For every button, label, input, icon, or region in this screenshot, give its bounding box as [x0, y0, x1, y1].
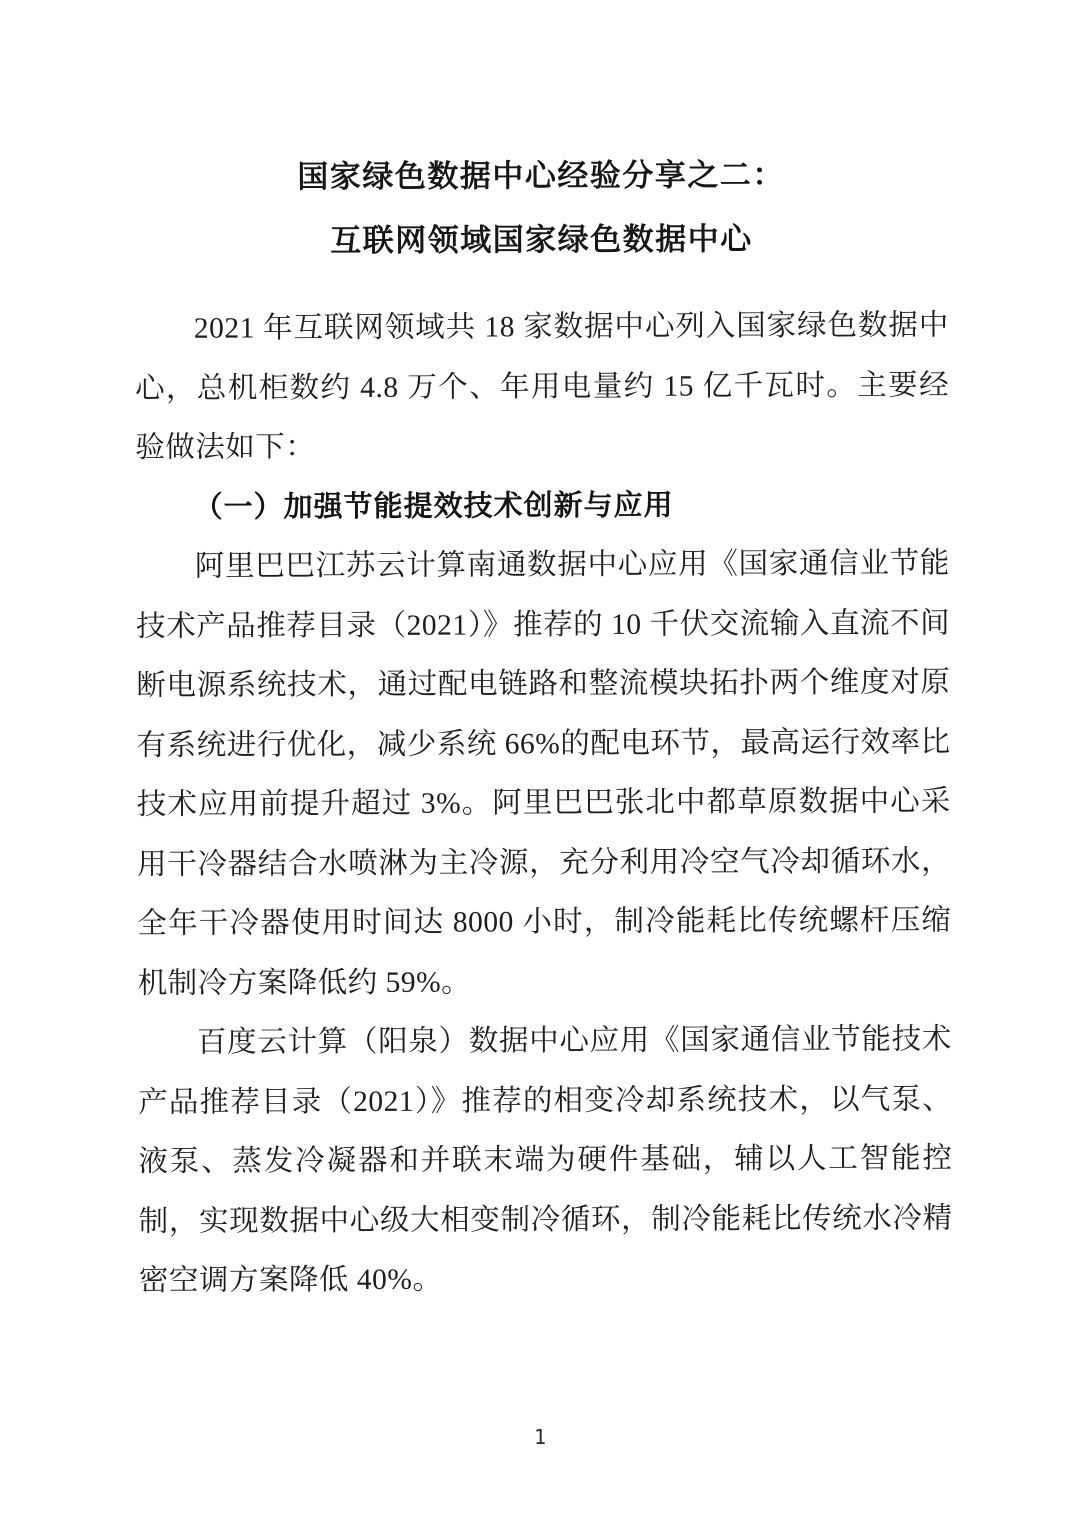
document-content: 国家绿色数据中心经验分享之二： 互联网领域国家绿色数据中心 2021 年互联网领… — [134, 142, 953, 1311]
document-page: 国家绿色数据中心经验分享之二： 互联网领域国家绿色数据中心 2021 年互联网领… — [0, 0, 1080, 1527]
paragraph-intro: 2021 年互联网领域共 18 家数据中心列入国家绿色数据中心，总机柜数约 4.… — [135, 296, 950, 478]
title-line-1: 国家绿色数据中心经验分享之二： — [134, 142, 948, 210]
document-title: 国家绿色数据中心经验分享之二： 互联网领域国家绿色数据中心 — [134, 142, 949, 274]
section-heading-1: （一）加强节能提效技术创新与应用 — [135, 475, 949, 538]
paragraph-baidu: 百度云计算（阳泉）数据中心应用《国家通信业节能技术产品推荐目录（2021）》推荐… — [138, 1010, 953, 1311]
page-number: 1 — [0, 1425, 1080, 1449]
title-line-2: 互联网领域国家绿色数据中心 — [134, 206, 948, 274]
paragraph-alibaba: 阿里巴巴江苏云计算南通数据中心应用《国家通信业节能技术产品推荐目录（2021）》… — [136, 534, 952, 1014]
